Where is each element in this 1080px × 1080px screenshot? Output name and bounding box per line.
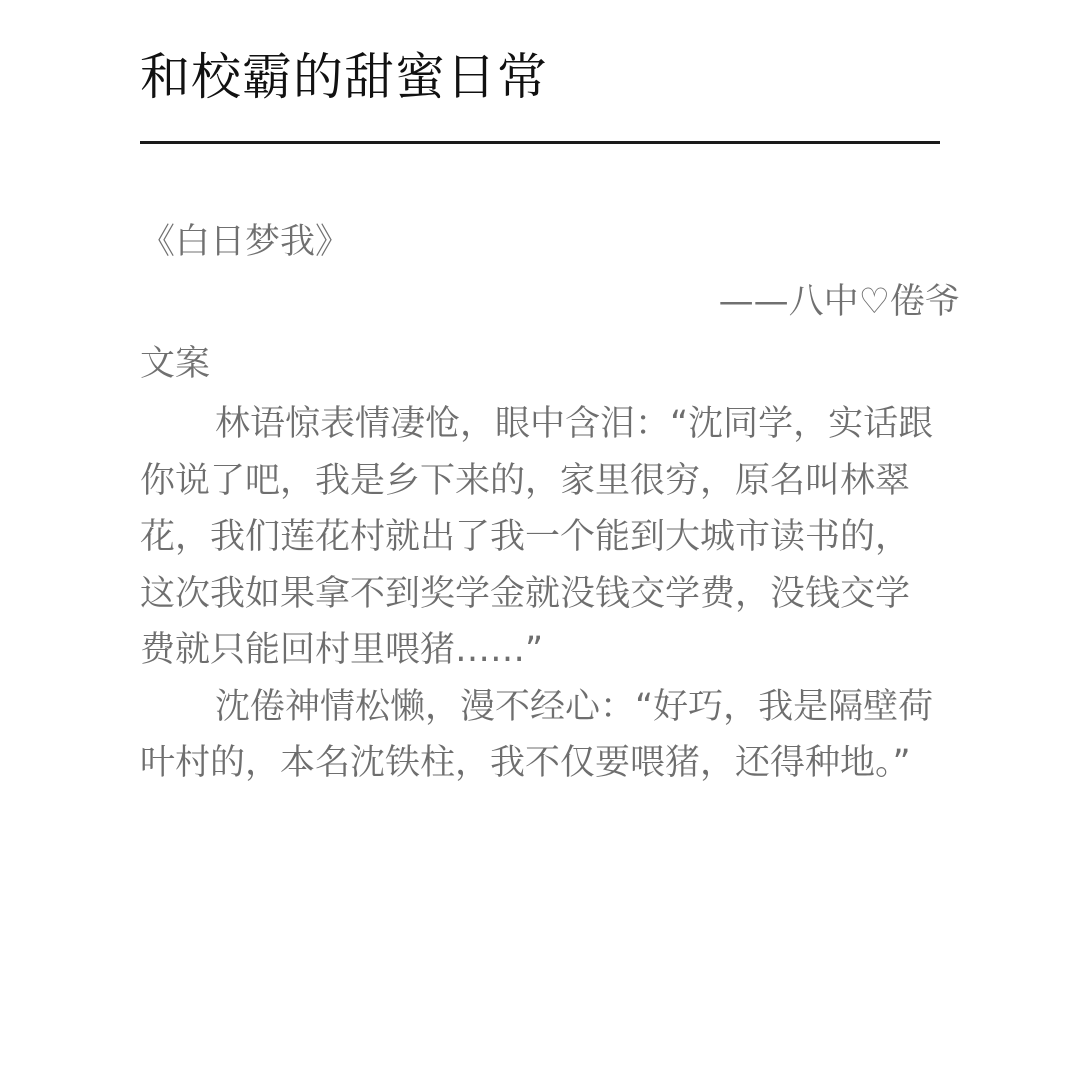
title-divider [140, 141, 940, 144]
book-title: 《白日梦我》 [140, 216, 350, 268]
section-label: 文案 [140, 338, 210, 390]
synopsis-body: 林语惊表情凄怆，眼中含泪：“沈同学，实话跟你说了吧，我是乡下来的，家里很穷，原名… [140, 396, 940, 792]
author-signature: ——八中♡倦爷 [719, 276, 960, 328]
synopsis-paragraph: 林语惊表情凄怆，眼中含泪：“沈同学，实话跟你说了吧，我是乡下来的，家里很穷，原名… [140, 396, 940, 679]
synopsis-paragraph: 沈倦神情松懒，漫不经心：“好巧，我是隔壁荷叶村的，本名沈铁柱，我不仅要喂猪，还得… [140, 679, 940, 792]
page-title: 和校霸的甜蜜日常 [140, 44, 548, 110]
